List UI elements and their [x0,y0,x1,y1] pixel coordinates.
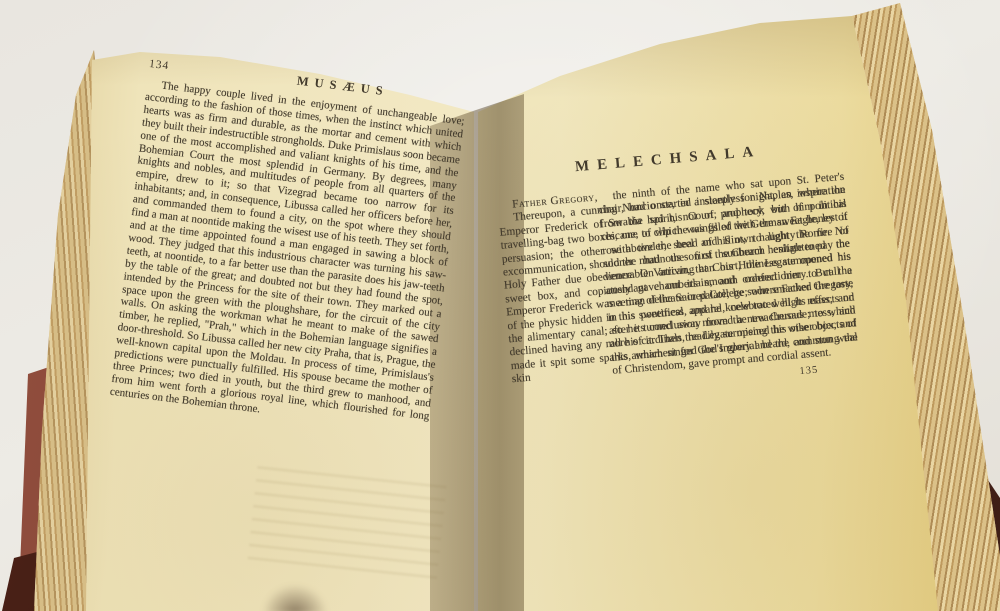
finger-shadow [262,584,328,611]
open-book-photo: 134 MUSÆUS The happy couple lived in the… [0,0,1000,611]
show-through-text [248,466,447,581]
left-page-text: 134 MUSÆUS The happy couple lived in the… [109,56,468,436]
left-page-body: The happy couple lived in the enjoyment … [109,78,465,436]
right-page-text: MELECHSALA Father Gregory, the ninth of … [494,137,861,401]
paragraph-continuation: the ninth of the name who sat upon St. P… [597,171,859,379]
